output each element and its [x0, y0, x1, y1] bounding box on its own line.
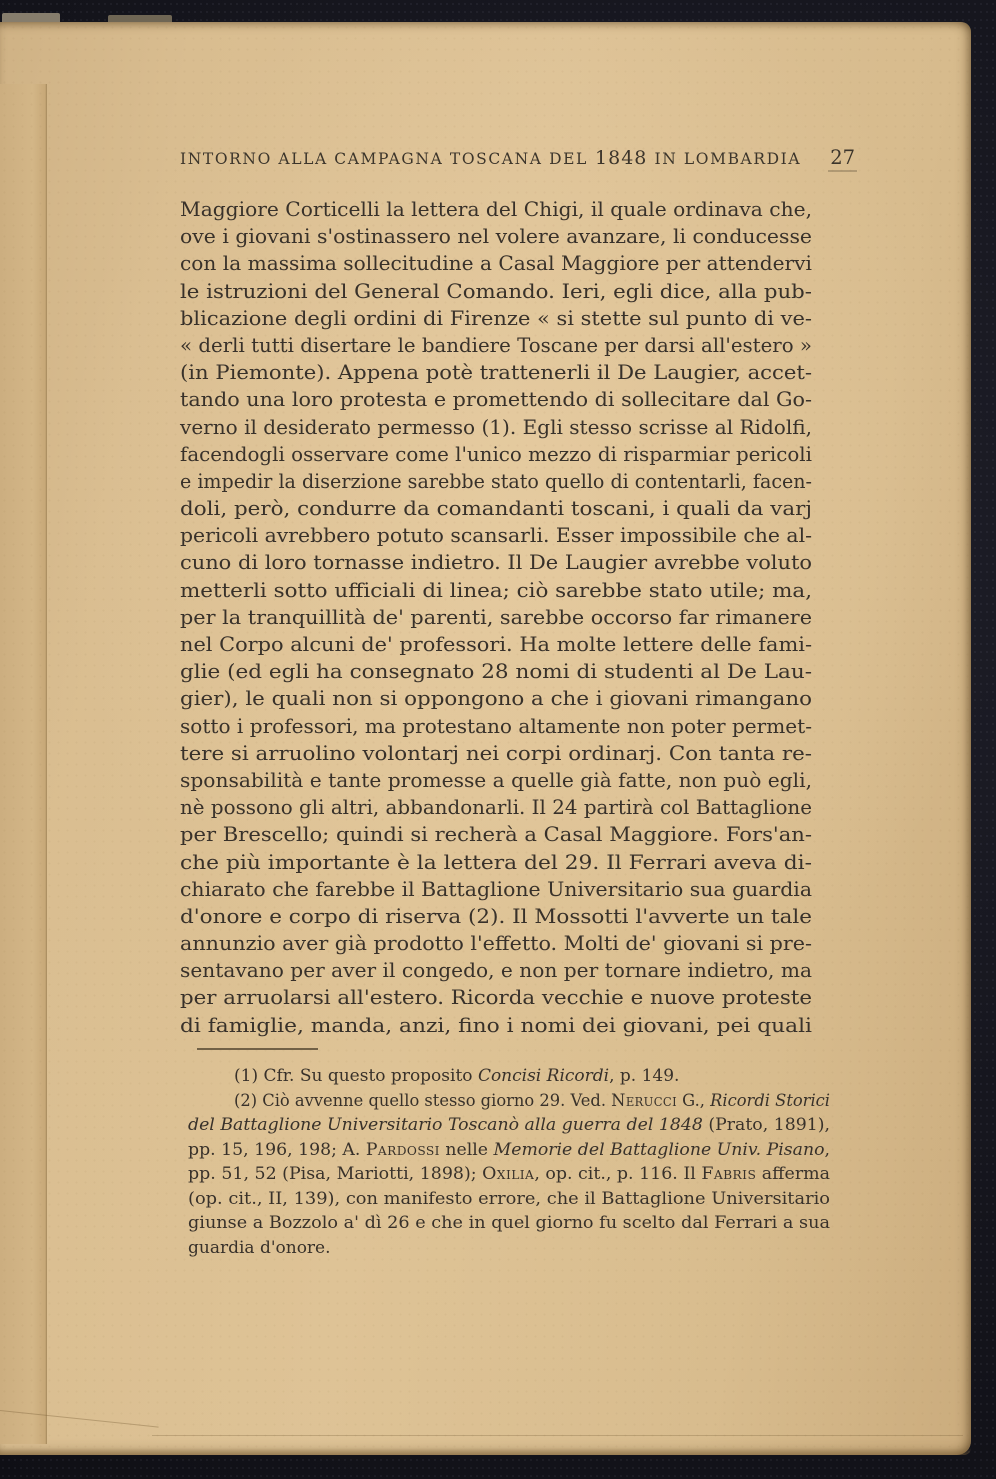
- scan-background: INTORNO ALLA CAMPAGNA TOSCANA DEL 1848 I…: [0, 0, 996, 1479]
- body-line: verno il desiderato permesso (1). Egli s…: [180, 414, 812, 441]
- body-line: ove i giovani s'ostinassero nel volere a…: [180, 223, 812, 250]
- body-line: glie (ed egli ha consegnato 28 nomi di s…: [180, 658, 812, 685]
- underlying-page-edge: [152, 1435, 963, 1436]
- running-header-title-part1: INTORNO ALLA CAMPAGNA TOSCANA DEL: [180, 150, 588, 168]
- body-line: sotto i professori, ma protestano altame…: [180, 713, 812, 740]
- body-line: per Brescello; quindi si recherà a Casal…: [180, 821, 812, 848]
- body-line: e impedir la diserzione sarebbe stato qu…: [180, 468, 812, 495]
- running-header-year: 1848: [595, 147, 647, 169]
- body-line: di famiglie, manda, anzi, fino i nomi de…: [180, 1012, 812, 1039]
- body-line: « derli tutti disertare le bandiere Tosc…: [180, 332, 812, 359]
- running-header-title-part2: IN LOMBARDIA: [654, 150, 801, 168]
- footnote-line: pp. 51, 52 (Pisa, Mariotti, 1898); Oxili…: [188, 1162, 830, 1187]
- body-text: Maggiore Corticelli la lettera del Chigi…: [180, 196, 812, 1039]
- body-line: che più importante è la lettera del 29. …: [180, 849, 812, 876]
- body-line: per la tranquillità de' parenti, sarebbe…: [180, 604, 812, 631]
- body-line: doli, però, condurre da comandanti tosca…: [180, 495, 812, 522]
- body-line: le istruzioni del General Comando. Ieri,…: [180, 278, 812, 305]
- running-header: INTORNO ALLA CAMPAGNA TOSCANA DEL 1848 I…: [180, 146, 812, 169]
- body-line: metterli sotto ufficiali di linea; ciò s…: [180, 577, 812, 604]
- body-line: sentavano per aver il congedo, e non per…: [180, 957, 812, 984]
- body-line: sponsabilità e tante promesse a quelle g…: [180, 767, 812, 794]
- body-line: (in Piemonte). Appena potè trattenerli i…: [180, 359, 812, 386]
- body-line: tando una loro protesta e promettendo di…: [180, 386, 812, 413]
- body-line: con la massima sollecitudine a Casal Mag…: [180, 250, 812, 277]
- body-line: tere si arruolino volontarj nei corpi or…: [180, 740, 812, 767]
- book-page: INTORNO ALLA CAMPAGNA TOSCANA DEL 1848 I…: [0, 22, 971, 1455]
- body-line: Maggiore Corticelli la lettera del Chigi…: [180, 196, 812, 223]
- footnote-line: pp. 15, 196, 198; A. Pardossi nelle Memo…: [188, 1138, 830, 1163]
- footnotes: (1) Cfr. Su questo proposito Concisi Ric…: [188, 1064, 830, 1260]
- footnote-line: del Battaglione Universitario Toscanò al…: [188, 1113, 830, 1138]
- body-line: pericoli avrebbero potuto scansarli. Ess…: [180, 522, 812, 549]
- body-line: chiarato che farebbe il Battaglione Univ…: [180, 876, 812, 903]
- page-bottom-edge: [0, 1448, 971, 1455]
- body-line: nè possono gli altri, abbandonarli. Il 2…: [180, 794, 812, 821]
- body-line: blicazione degli ordini di Firenze « si …: [180, 305, 812, 332]
- body-line: nel Corpo alcuni de' professori. Ha molt…: [180, 631, 812, 658]
- footnote-line: (op. cit., II, 139), con manifesto error…: [188, 1187, 830, 1212]
- footnote-separator: [197, 1048, 318, 1050]
- page-fold-edge: [0, 84, 47, 1444]
- body-line: annunzio aver già prodotto l'effetto. Mo…: [180, 930, 812, 957]
- page-number: 27: [828, 146, 857, 172]
- footnote-line: (2) Ciò avvenne quello stesso giorno 29.…: [188, 1089, 830, 1114]
- body-line: facendogli osservare come l'unico mezzo …: [180, 441, 812, 468]
- body-line: per arruolarsi all'estero. Ricorda vecch…: [180, 984, 812, 1011]
- footnote-line: (1) Cfr. Su questo proposito Concisi Ric…: [188, 1064, 830, 1089]
- footnote-line: guardia d'onore.: [188, 1236, 830, 1261]
- body-line: gier), le quali non si oppongono a che i…: [180, 685, 812, 712]
- body-line: cuno di loro tornasse indietro. Il De La…: [180, 549, 812, 576]
- body-line: d'onore e corpo di riserva (2). Il Mosso…: [180, 903, 812, 930]
- footnote-line: giunse a Bozzolo a' dì 26 e che in quel …: [188, 1211, 830, 1236]
